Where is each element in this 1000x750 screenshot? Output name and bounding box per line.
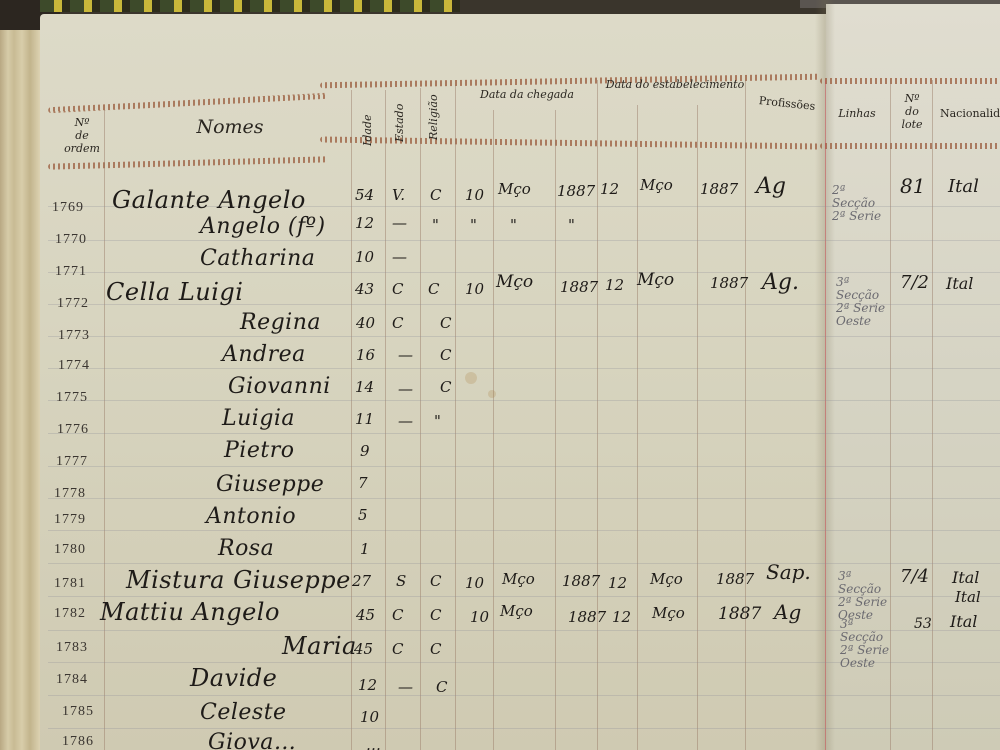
header-lote-line: do [897, 105, 927, 118]
age-entry: 40 [356, 314, 375, 332]
row-rule [48, 336, 1000, 337]
name-entry: Angelo (fº) [200, 214, 326, 239]
settle-year: 1887 [716, 570, 754, 588]
estado-entry: — [398, 380, 413, 398]
estado-entry: — [398, 412, 413, 430]
settle-month: Mço [650, 570, 683, 588]
arrival-year: 1887 [557, 182, 595, 200]
row-rule [48, 728, 1000, 729]
profession-entry: Ag [774, 600, 801, 624]
settle-day: 12 [600, 180, 619, 198]
col-line [597, 80, 598, 750]
ordem-number: 1777 [56, 454, 88, 470]
age-entry: 5 [358, 506, 368, 524]
row-rule [48, 368, 1000, 369]
col-line [455, 85, 456, 750]
religiao-entry: C [440, 314, 451, 332]
ordem-number: 1769 [52, 200, 84, 216]
ordem-number: 1775 [56, 390, 88, 406]
lote-entry: 53 [914, 616, 932, 632]
marbled-cover [40, 0, 460, 12]
ordem-number: 1785 [62, 704, 94, 720]
arrival-month: Mço [502, 570, 535, 588]
name-entry: Rosa [218, 536, 274, 561]
header-nacionalidade: Nacionalid [940, 107, 1000, 120]
name-entry: Giovanni [228, 374, 331, 399]
estado-entry: C [392, 314, 403, 332]
name-entry: Maria [282, 632, 357, 660]
age-entry: … [366, 736, 381, 750]
estado-entry: C [392, 640, 403, 658]
header-lote-line: lote [897, 118, 927, 131]
ordem-number: 1770 [55, 232, 87, 248]
col-line-red [825, 80, 826, 750]
name-entry: Giuseppe [216, 472, 324, 497]
ordem-number: 1778 [54, 486, 86, 502]
age-entry: 9 [360, 442, 370, 460]
linha-entry: 2ª Secção 2ª Serie [832, 184, 892, 223]
name-entry: Galante Angelo [112, 186, 306, 214]
name-entry: Celeste [200, 700, 287, 725]
header-lote: Nº do lote [897, 92, 927, 131]
religiao-entry: C [430, 640, 441, 658]
estado-entry: — [398, 678, 413, 696]
ordem-number: 1771 [55, 264, 87, 280]
row-rule [48, 433, 1000, 434]
name-entry: Davide [190, 664, 277, 692]
row-rule [48, 530, 1000, 531]
settle-month: Mço [637, 270, 674, 290]
profession-entry: Sap. [766, 560, 811, 584]
estado-entry: — [392, 248, 407, 266]
name-entry: Luigia [222, 406, 295, 431]
header-rule-top [820, 78, 1000, 84]
header-estado: Estado [393, 104, 406, 142]
name-entry: Cella Luigi [106, 278, 243, 306]
header-linhas: Linhas [832, 107, 882, 120]
religiao-entry: C [440, 346, 451, 364]
settle-month: Mço [652, 604, 685, 622]
col-line [385, 90, 386, 750]
settle-year: 1887 [700, 180, 738, 198]
row-rule [48, 400, 1000, 401]
lote-entry: 81 [900, 174, 925, 198]
religiao-entry: C [430, 606, 441, 624]
age-entry: 16 [356, 346, 375, 364]
settle-year: 1887 [718, 604, 761, 624]
arrival-year: 1887 [562, 572, 600, 590]
profession-entry: Ag [756, 174, 786, 199]
estado-entry: C [392, 280, 403, 298]
age-entry: 14 [355, 378, 374, 396]
col-line [420, 88, 421, 750]
lote-entry: 7/4 [900, 566, 929, 587]
header-lote-line: Nº [897, 92, 927, 105]
linha-entry: 3ª Secção 2ª Serie Oeste [840, 618, 896, 670]
header-ordem-line: Nº [62, 116, 102, 129]
arrival-day: " [470, 216, 477, 234]
nationality-entry: Ital [952, 568, 979, 587]
age-entry: 45 [354, 640, 373, 658]
arrival-year: 1887 [560, 278, 598, 296]
ordem-number: 1783 [56, 640, 88, 656]
estado-entry: V. [392, 186, 405, 204]
ordem-number: 1772 [57, 296, 89, 312]
estado-entry: S [396, 572, 406, 590]
paper-stain [488, 390, 496, 398]
header-nomes: Nomes [190, 116, 270, 138]
religiao-entry: C [436, 678, 447, 696]
ordem-number: 1773 [58, 328, 90, 344]
profession-entry: Ag. [762, 270, 799, 295]
age-entry: 11 [355, 410, 374, 428]
header-ordem-line: ordem [62, 142, 102, 155]
age-entry: 10 [360, 708, 379, 726]
row-rule [48, 695, 1000, 696]
arrival-month: Mço [500, 602, 533, 620]
row-rule [48, 466, 1000, 467]
name-entry: Regina [240, 310, 321, 335]
name-entry: Mattiu Angelo [100, 598, 280, 626]
name-entry: Mistura Giuseppe [126, 566, 351, 594]
age-entry: 54 [355, 186, 374, 204]
nationality-entry: Ital [955, 588, 981, 606]
lote-entry: 7/2 [900, 272, 929, 293]
age-entry: 45 [356, 606, 375, 624]
settle-day: 12 [608, 574, 627, 592]
nationality-entry: Ital [950, 612, 977, 631]
arrival-month: " [510, 216, 517, 234]
settle-day: 12 [605, 276, 624, 294]
paper-stain [465, 372, 477, 384]
row-rule [48, 498, 1000, 499]
col-line [745, 80, 746, 750]
age-entry: 10 [355, 248, 374, 266]
header-data-estabelecimento: Data do estabelecimento [605, 78, 745, 91]
header-rule-bottom [820, 143, 1000, 149]
ordem-number: 1779 [54, 512, 86, 528]
ordem-number: 1780 [54, 542, 86, 558]
col-line [637, 105, 638, 750]
ordem-number: 1784 [56, 672, 88, 688]
arrival-year: " [568, 216, 575, 234]
header-data-chegada: Data da chegada [472, 88, 582, 101]
arrival-day: 10 [470, 608, 489, 626]
row-rule [48, 240, 1000, 241]
religiao-entry: " [432, 216, 439, 234]
age-entry: 1 [360, 540, 370, 558]
ordem-number: 1781 [54, 576, 86, 592]
religiao-entry: " [434, 412, 441, 430]
arrival-day: 10 [465, 574, 484, 592]
age-entry: 27 [352, 572, 371, 590]
age-entry: 12 [355, 214, 374, 232]
name-entry: Pietro [224, 438, 294, 463]
arrival-day: 10 [465, 186, 484, 204]
religiao-entry: C [440, 378, 451, 396]
age-entry: 43 [355, 280, 374, 298]
arrival-month: Mço [496, 272, 533, 292]
linha-entry: 3ª Secção 2ª Serie Oeste [836, 276, 896, 328]
estado-entry: — [398, 346, 413, 364]
name-entry: Catharina [200, 246, 315, 271]
settle-day: 12 [612, 608, 631, 626]
age-entry: 12 [358, 676, 377, 694]
name-entry: Antonio [206, 504, 296, 529]
header-ordem: Nº de ordem [62, 116, 102, 155]
nationality-entry: Ital [948, 176, 979, 197]
linha-entry: 3ª Secção 2ª Serie Oeste [838, 570, 894, 622]
ordem-number: 1782 [54, 606, 86, 622]
settle-year: 1887 [710, 274, 748, 292]
header-idade: Idade [361, 115, 374, 147]
col-line [697, 105, 698, 750]
header-ordem-line: de [62, 129, 102, 142]
name-entry: Andrea [222, 342, 306, 367]
religiao-entry: C [428, 280, 439, 298]
name-entry: Giova… [208, 730, 296, 750]
arrival-day: 10 [465, 280, 484, 298]
ordem-number: 1774 [58, 358, 90, 374]
row-rule [48, 563, 1000, 564]
age-entry: 7 [358, 474, 368, 492]
nationality-entry: Ital [946, 274, 973, 293]
ordem-number: 1776 [57, 422, 89, 438]
estado-entry: C [392, 606, 403, 624]
religiao-entry: C [430, 572, 441, 590]
header-religiao: Religião [427, 94, 440, 140]
estado-entry: — [392, 214, 407, 232]
religiao-entry: C [430, 186, 441, 204]
arrival-year: 1887 [568, 608, 606, 626]
col-line [932, 80, 933, 750]
settle-month: Mço [640, 176, 673, 194]
arrival-month: Mço [498, 180, 531, 198]
ordem-number: 1786 [62, 734, 94, 750]
